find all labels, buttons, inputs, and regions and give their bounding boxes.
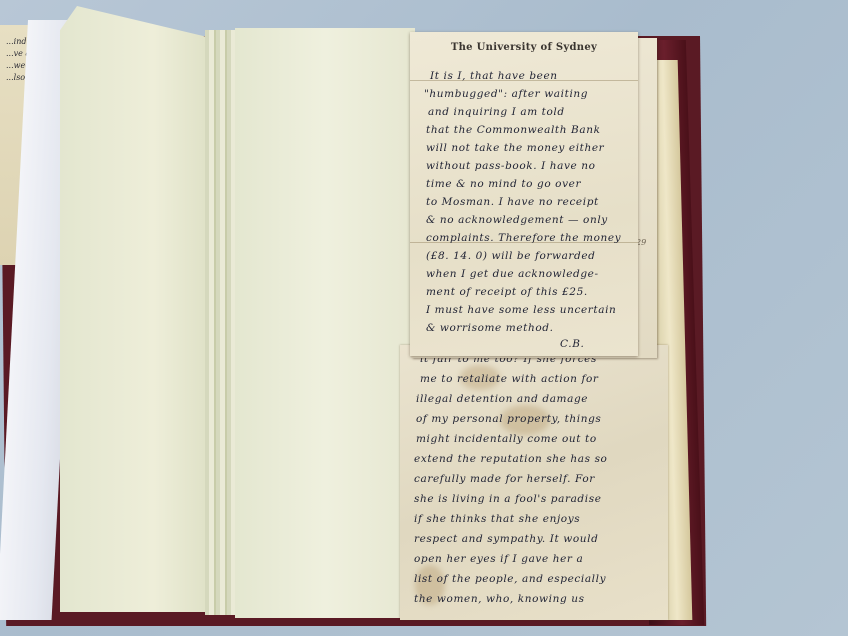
letter-line: of my personal property, things [416,413,601,425]
fragment-line: ...lso [6,73,25,82]
letter-line: ment of receipt of this £25. [426,286,588,298]
letter-line: extend the reputation she has so [414,453,607,465]
letter-line: illegal detention and damage [416,393,588,405]
letter-line: respect and sympathy. It would [414,533,598,545]
letter-line: that the Commonwealth Bank [426,124,601,136]
letter-line: carefully made for herself. For [414,473,595,485]
letter-line: open her eyes if I gave her a [414,553,583,565]
letter-line: & no acknowledgement — only [426,214,608,226]
letter-page-lower: it fair to me too? If she forces me to r… [400,345,668,620]
blank-guard-page-right [235,28,415,618]
letter-line: time & no mind to go over [426,178,581,190]
letter-line: might incidentally come out to [416,433,597,445]
letter-line: if she thinks that she enjoys [414,513,580,525]
letter-line: she is living in a fool's paradise [414,493,602,505]
letter-line: I must have some less uncertain [426,304,616,316]
letter-line: (£8. 14. 0) will be forwarded [426,250,596,262]
letter-line: It is I, that have been [430,70,558,82]
signature: C.B. [560,338,584,350]
letter-line: & worrisome method. [426,322,554,334]
letter-line: the women, who, knowing us [414,593,585,605]
letter-line: without pass-book. I have no [426,160,596,172]
letter-line: list of the people, and especially [414,573,606,585]
letter-line: "humbugged": after waiting [424,88,588,100]
letter-page-upper: The University of Sydney It is I, that h… [410,32,638,356]
letterhead: The University of Sydney [410,42,638,53]
letter-line: to Mosman. I have no receipt [426,196,599,208]
letter-line: will not take the money either [426,142,604,154]
letter-line: complaints. Therefore the money [426,232,621,244]
letter-line: and inquiring I am told [428,106,565,118]
letter-line: me to retaliate with action for [420,373,598,385]
letter-line: when I get due acknowledge- [426,268,599,280]
